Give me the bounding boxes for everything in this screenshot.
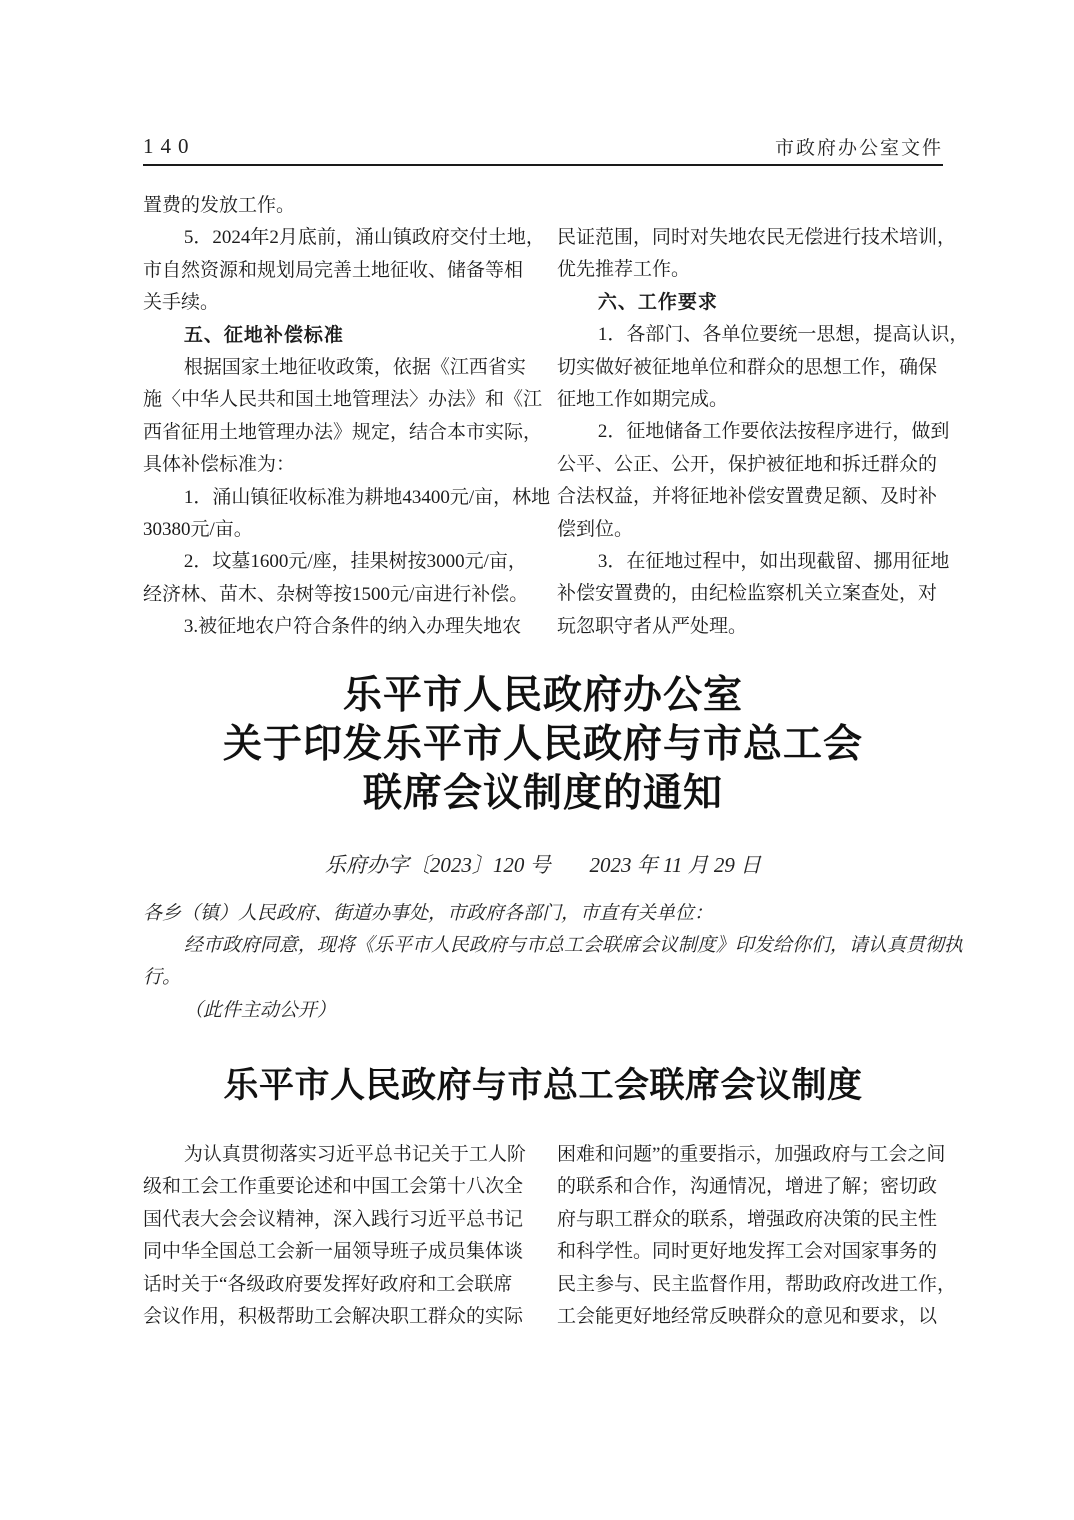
text-line: 3．在征地过程中，如出现截留、挪用征地 [557, 546, 947, 578]
text-line: 乐平市人民政府办公室 [143, 671, 943, 720]
page-number: 140 [143, 134, 196, 159]
text-line: 优先推荐工作。 [557, 254, 947, 286]
text-line: 1．各部门、各单位要统一思想，提高认识， [557, 319, 947, 351]
text-line: 3.被征地农户符合条件的纳入办理失地农 [143, 611, 533, 643]
text-line: 关于印发乐平市人民政府与市总工会 [143, 720, 943, 769]
top-right-column: 民证范围，同时对失地农民无偿进行技术培训，优先推荐工作。六、工作要求1．各部门、… [557, 222, 947, 643]
text-line: 经市政府同意，现将《乐平市人民政府与市总工会联席会议制度》印发给你们，请认真贯彻… [143, 930, 943, 962]
bottom-right-column: 困难和问题”的重要指示，加强政府与工会之间的联系和合作，沟通情况，增进了解；密切… [557, 1139, 947, 1333]
text-line: 切实做好被征地单位和群众的思想工作，确保 [557, 352, 947, 384]
text-line: 玩忽职守者从严处理。 [557, 611, 947, 643]
text-line: 六、工作要求 [557, 287, 947, 319]
text-line: 五、征地补偿标准 [143, 320, 533, 352]
text-line: 公平、公正、公开，保护被征地和拆迁群众的 [557, 449, 947, 481]
doc-date: 2023 年 11 月 29 日 [589, 853, 761, 877]
text-line: 30380元/亩。 [143, 514, 533, 546]
notice-title: 乐平市人民政府办公室关于印发乐平市人民政府与市总工会联席会议制度的通知 [143, 671, 943, 818]
text-line: 的联系和合作，沟通情况，增进了解；密切政 [557, 1171, 947, 1203]
text-line: 2．征地储备工作要依法按程序进行，做到 [557, 416, 947, 448]
text-line: 西省征用土地管理办法》规定，结合本市实际， [143, 417, 533, 449]
text-line: 1．涌山镇征收标准为耕地43400元/亩，林地 [143, 482, 533, 514]
text-line: 民主参与、民主监督作用，帮助政府改进工作， [557, 1269, 947, 1301]
doc-number-line: 乐府办字〔2023〕120 号 2023 年 11 月 29 日 [143, 849, 943, 879]
text-line: 根据国家土地征收政策，依据《江西省实 [143, 352, 533, 384]
text-line: 民证范围，同时对失地农民无偿进行技术培训， [557, 222, 947, 254]
text-line: 联席会议制度的通知 [143, 769, 943, 818]
text-line: 和科学性。同时更好地发挥工会对国家事务的 [557, 1236, 947, 1268]
text-line: 市自然资源和规划局完善土地征收、储备等相 [143, 255, 533, 287]
text-line: 合法权益，并将征地补偿安置费足额、及时补 [557, 481, 947, 513]
top-left-column: 置费的发放工作。5．2024年2月底前，涌山镇政府交付土地，市自然资源和规划局完… [143, 190, 533, 644]
text-line: 经济林、苗木、杂树等按1500元/亩进行补偿。 [143, 579, 533, 611]
top-two-column-section: 置费的发放工作。5．2024年2月底前，涌山镇政府交付土地，市自然资源和规划局完… [143, 190, 943, 646]
text-line: 国代表大会会议精神，深入践行习近平总书记 [143, 1204, 533, 1236]
text-line: 偿到位。 [557, 514, 947, 546]
text-line: 会议作用，积极帮助工会解决职工群众的实际 [143, 1301, 533, 1333]
text-line: 同中华全国总工会新一届领导班子成员集体谈 [143, 1236, 533, 1268]
notice-body: 各乡（镇）人民政府、街道办事处，市政府各部门，市直有关单位：经市政府同意，现将《… [143, 898, 943, 1027]
regulation-heading: 乐平市人民政府与市总工会联席会议制度 [143, 1064, 943, 1108]
text-line: 具体补偿标准为： [143, 449, 533, 481]
text-line: 关手续。 [143, 287, 533, 319]
text-line: 困难和问题”的重要指示，加强政府与工会之间 [557, 1139, 947, 1171]
bottom-left-column: 为认真贯彻落实习近平总书记关于工人阶级和工会工作重要论述和中国工会第十八次全国代… [143, 1139, 533, 1333]
bottom-two-column-section: 为认真贯彻落实习近平总书记关于工人阶级和工会工作重要论述和中国工会第十八次全国代… [143, 1139, 943, 1334]
text-line: 施〈中华人民共和国土地管理法〉办法》和《江 [143, 384, 533, 416]
text-line: 征地工作如期完成。 [557, 384, 947, 416]
document-page: 140 市政府办公室文件 置费的发放工作。5．2024年2月底前，涌山镇政府交付… [0, 0, 1074, 1520]
text-line: 工会能更好地经常反映群众的意见和要求，以 [557, 1301, 947, 1333]
text-line: 话时关于“各级政府要发挥好政府和工会联席 [143, 1269, 533, 1301]
text-line: 行。 [143, 962, 943, 994]
header-doc-category-label: 市政府办公室文件 [775, 133, 943, 160]
text-line: （此件主动公开） [143, 995, 943, 1027]
doc-number: 乐府办字〔2023〕120 号 [325, 853, 551, 877]
text-line: 2．坟墓1600元/座，挂果树按3000元/亩， [143, 546, 533, 578]
text-line: 置费的发放工作。 [143, 190, 533, 222]
text-line: 为认真贯彻落实习近平总书记关于工人阶 [143, 1139, 533, 1171]
text-line: 5．2024年2月底前，涌山镇政府交付土地， [143, 222, 533, 254]
text-line: 补偿安置费的，由纪检监察机关立案查处，对 [557, 578, 947, 610]
text-line: 级和工会工作重要论述和中国工会第十八次全 [143, 1171, 533, 1203]
header-rule [143, 164, 943, 166]
text-line: 府与职工群众的联系，增强政府决策的民主性 [557, 1204, 947, 1236]
text-line: 各乡（镇）人民政府、街道办事处，市政府各部门，市直有关单位： [143, 898, 943, 930]
